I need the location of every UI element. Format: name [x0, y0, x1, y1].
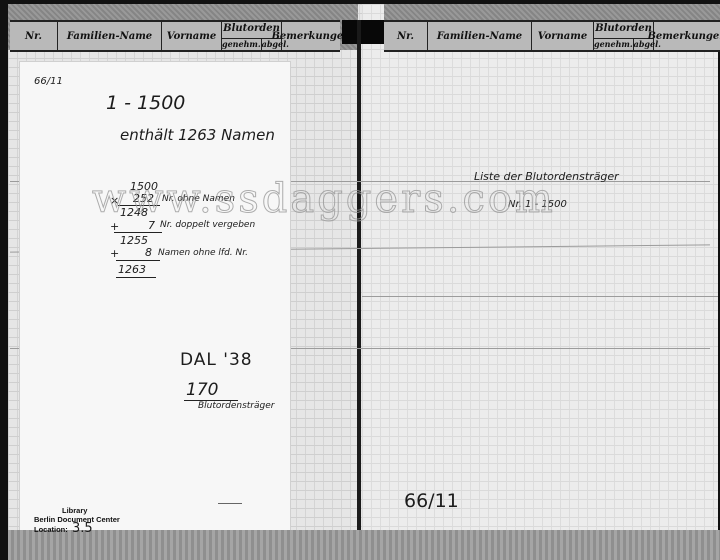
corner-reference: 66/11 — [34, 76, 63, 87]
calc-operator: + — [110, 247, 119, 260]
column-header-blood-order: Blutorden genehm. abgel. — [594, 22, 654, 50]
blood-order-label: Blutorden — [595, 23, 652, 34]
column-header-family-name: Familien-Name — [58, 22, 162, 50]
sum-line — [114, 232, 162, 233]
right-ledger-page — [362, 4, 718, 556]
calc-note: Namen ohne lfd. Nr. — [158, 248, 248, 258]
column-header-remarks: Bemerkungen — [654, 22, 720, 50]
book-spine — [357, 20, 361, 560]
column-header-nr: Nr. — [10, 22, 58, 50]
column-header-first-name: Vorname — [162, 22, 222, 50]
contains-count: enthält 1263 Namen — [120, 126, 275, 144]
right-column-header-row: Nr. Familien-Name Vorname Blutorden gene… — [384, 20, 720, 52]
sum-line — [116, 260, 160, 261]
bearer-count: 170 — [186, 380, 218, 400]
left-column-header-row: Nr. Familien-Name Vorname Blutorden gene… — [10, 20, 340, 52]
calc-value: 8 — [145, 246, 152, 259]
page-reference: 66/11 — [404, 490, 459, 512]
dal-year: DAL '38 — [180, 350, 253, 370]
column-header-first-name: Vorname — [532, 22, 594, 50]
column-header-family-name: Familien-Name — [428, 22, 532, 50]
calc-total: 1263 — [118, 263, 146, 276]
stamp-library: Library — [62, 506, 87, 515]
blood-order-subcolumns: genehm. abgel. — [594, 38, 653, 50]
stamp-location-value: 3.5 — [72, 521, 93, 536]
stamp-location-label: Location: — [34, 525, 68, 534]
total-underline — [116, 277, 156, 278]
watermark: www.ssdaggers.com — [92, 176, 556, 222]
subcolumn-approved: genehm. — [222, 39, 262, 50]
pencil-mark — [218, 503, 242, 504]
bottom-edge-band — [8, 530, 720, 560]
column-header-nr: Nr. — [384, 22, 428, 50]
binding-shadow — [342, 20, 384, 44]
calc-value: 1255 — [120, 234, 148, 247]
number-range: 1 - 1500 — [106, 92, 185, 114]
subcolumn-approved: genehm. — [594, 39, 634, 50]
bearer-count-label: Blutordensträger — [198, 401, 274, 411]
fold-line — [362, 296, 718, 297]
column-header-remarks: Bemerkungen — [282, 22, 340, 50]
scanned-document: Nr. Familien-Name Vorname Blutorden gene… — [0, 0, 720, 560]
